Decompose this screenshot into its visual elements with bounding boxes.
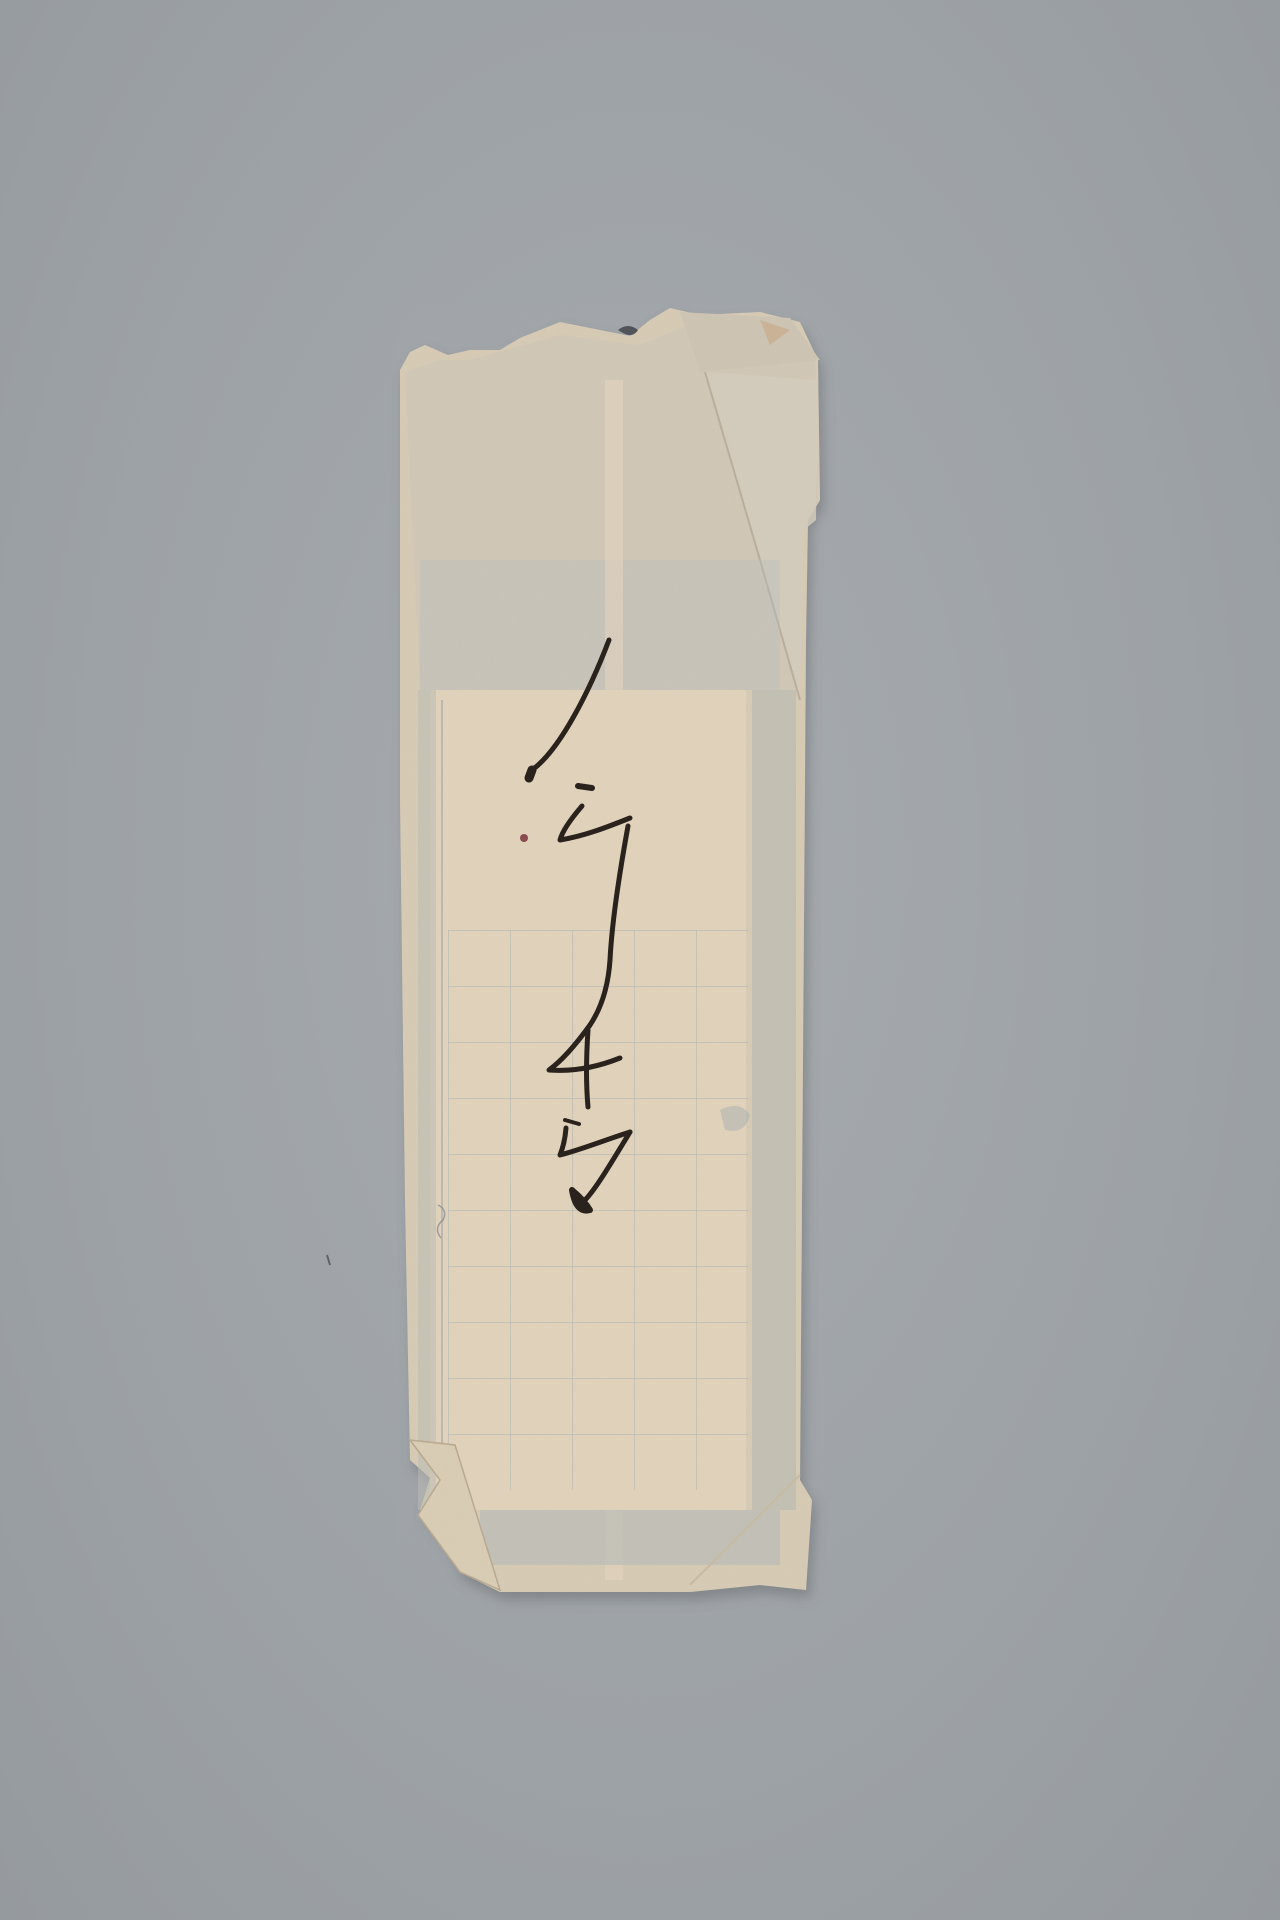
paper-slip: [0, 0, 1280, 1920]
red-ink-dot: [520, 834, 528, 842]
photo-background: 一之十五: [0, 0, 1280, 1920]
